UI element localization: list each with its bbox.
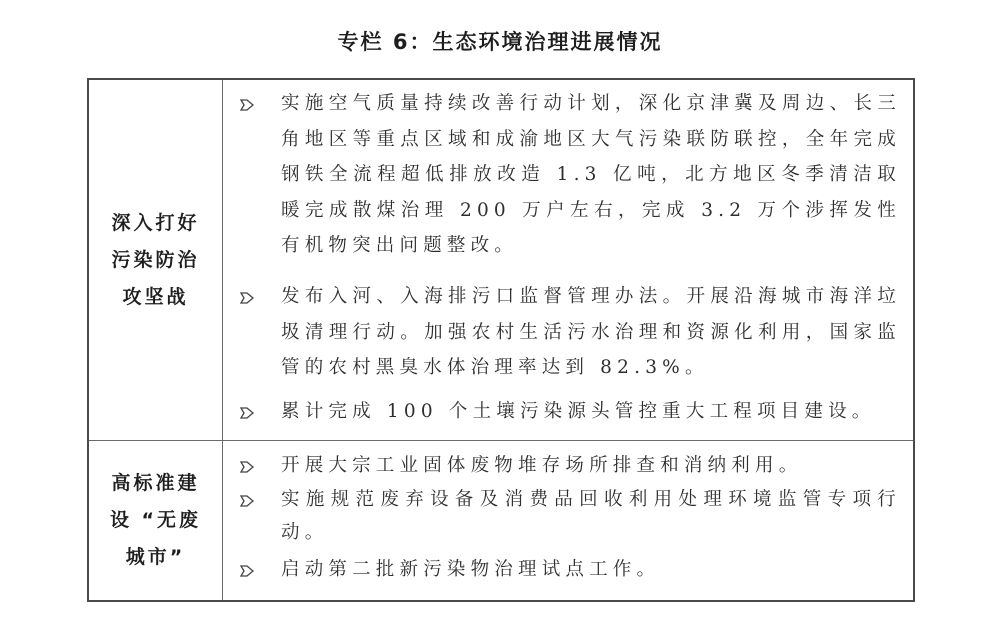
hollow-arrow-right-icon xyxy=(239,492,255,510)
hollow-arrow-right-icon xyxy=(239,404,255,422)
hollow-arrow-right-icon xyxy=(239,96,255,114)
row-label-line: 设 “无废 xyxy=(106,502,206,539)
table-row-zero-waste-city: 高标准建 设 “无废 城市” 开展大宗工业固体废物堆存场所排查和消纳利用。 实施… xyxy=(89,441,913,600)
list-item-text: 开展大宗工业固体废物堆存场所排查和消纳利用。 xyxy=(281,449,901,482)
row-label-cell: 深入打好 污染防治 攻坚战 xyxy=(89,80,223,440)
row-label-line: 高标准建 xyxy=(106,465,206,502)
hollow-arrow-right-icon xyxy=(239,562,255,580)
row-content-cell: 实施空气质量持续改善行动计划，深化京津冀及周边、长三角地区等重点区域和成渝地区大… xyxy=(223,80,913,440)
list-item-text: 实施规范废弃设备及消费品回收利用处理环境监管专项行动。 xyxy=(281,483,901,549)
row-label: 高标准建 设 “无废 城市” xyxy=(106,465,206,576)
row-label-line: 污染防治 xyxy=(106,242,206,279)
table-row-pollution-control: 深入打好 污染防治 攻坚战 实施空气质量持续改善行动计划，深化京津冀及周边、长三… xyxy=(89,80,913,441)
row-label-line: 城市” xyxy=(106,539,206,576)
row-label-cell: 高标准建 设 “无废 城市” xyxy=(89,441,223,600)
row-label-line: 深入打好 xyxy=(106,205,206,242)
page-title: 专栏 6：生态环境治理进展情况 xyxy=(0,26,1000,56)
list-item-text: 启动第二批新污染物治理试点工作。 xyxy=(281,553,901,586)
hollow-arrow-right-icon xyxy=(239,289,255,307)
list-item-text: 发布入河、入海排污口监督管理办法。开展沿海城市海洋垃圾清理行动。加强农村生活污水… xyxy=(281,279,901,386)
hollow-arrow-right-icon xyxy=(239,458,255,476)
row-label: 深入打好 污染防治 攻坚战 xyxy=(106,205,206,316)
list-item-text: 实施空气质量持续改善行动计划，深化京津冀及周边、长三角地区等重点区域和成渝地区大… xyxy=(281,86,901,264)
row-content-cell: 开展大宗工业固体废物堆存场所排查和消纳利用。 实施规范废弃设备及消费品回收利用处… xyxy=(223,441,913,600)
row-label-line: 攻坚战 xyxy=(106,279,206,316)
progress-table: 深入打好 污染防治 攻坚战 实施空气质量持续改善行动计划，深化京津冀及周边、长三… xyxy=(87,78,915,602)
list-item-text: 累计完成 100 个土壤污染源头管控重大工程项目建设。 xyxy=(281,394,901,430)
